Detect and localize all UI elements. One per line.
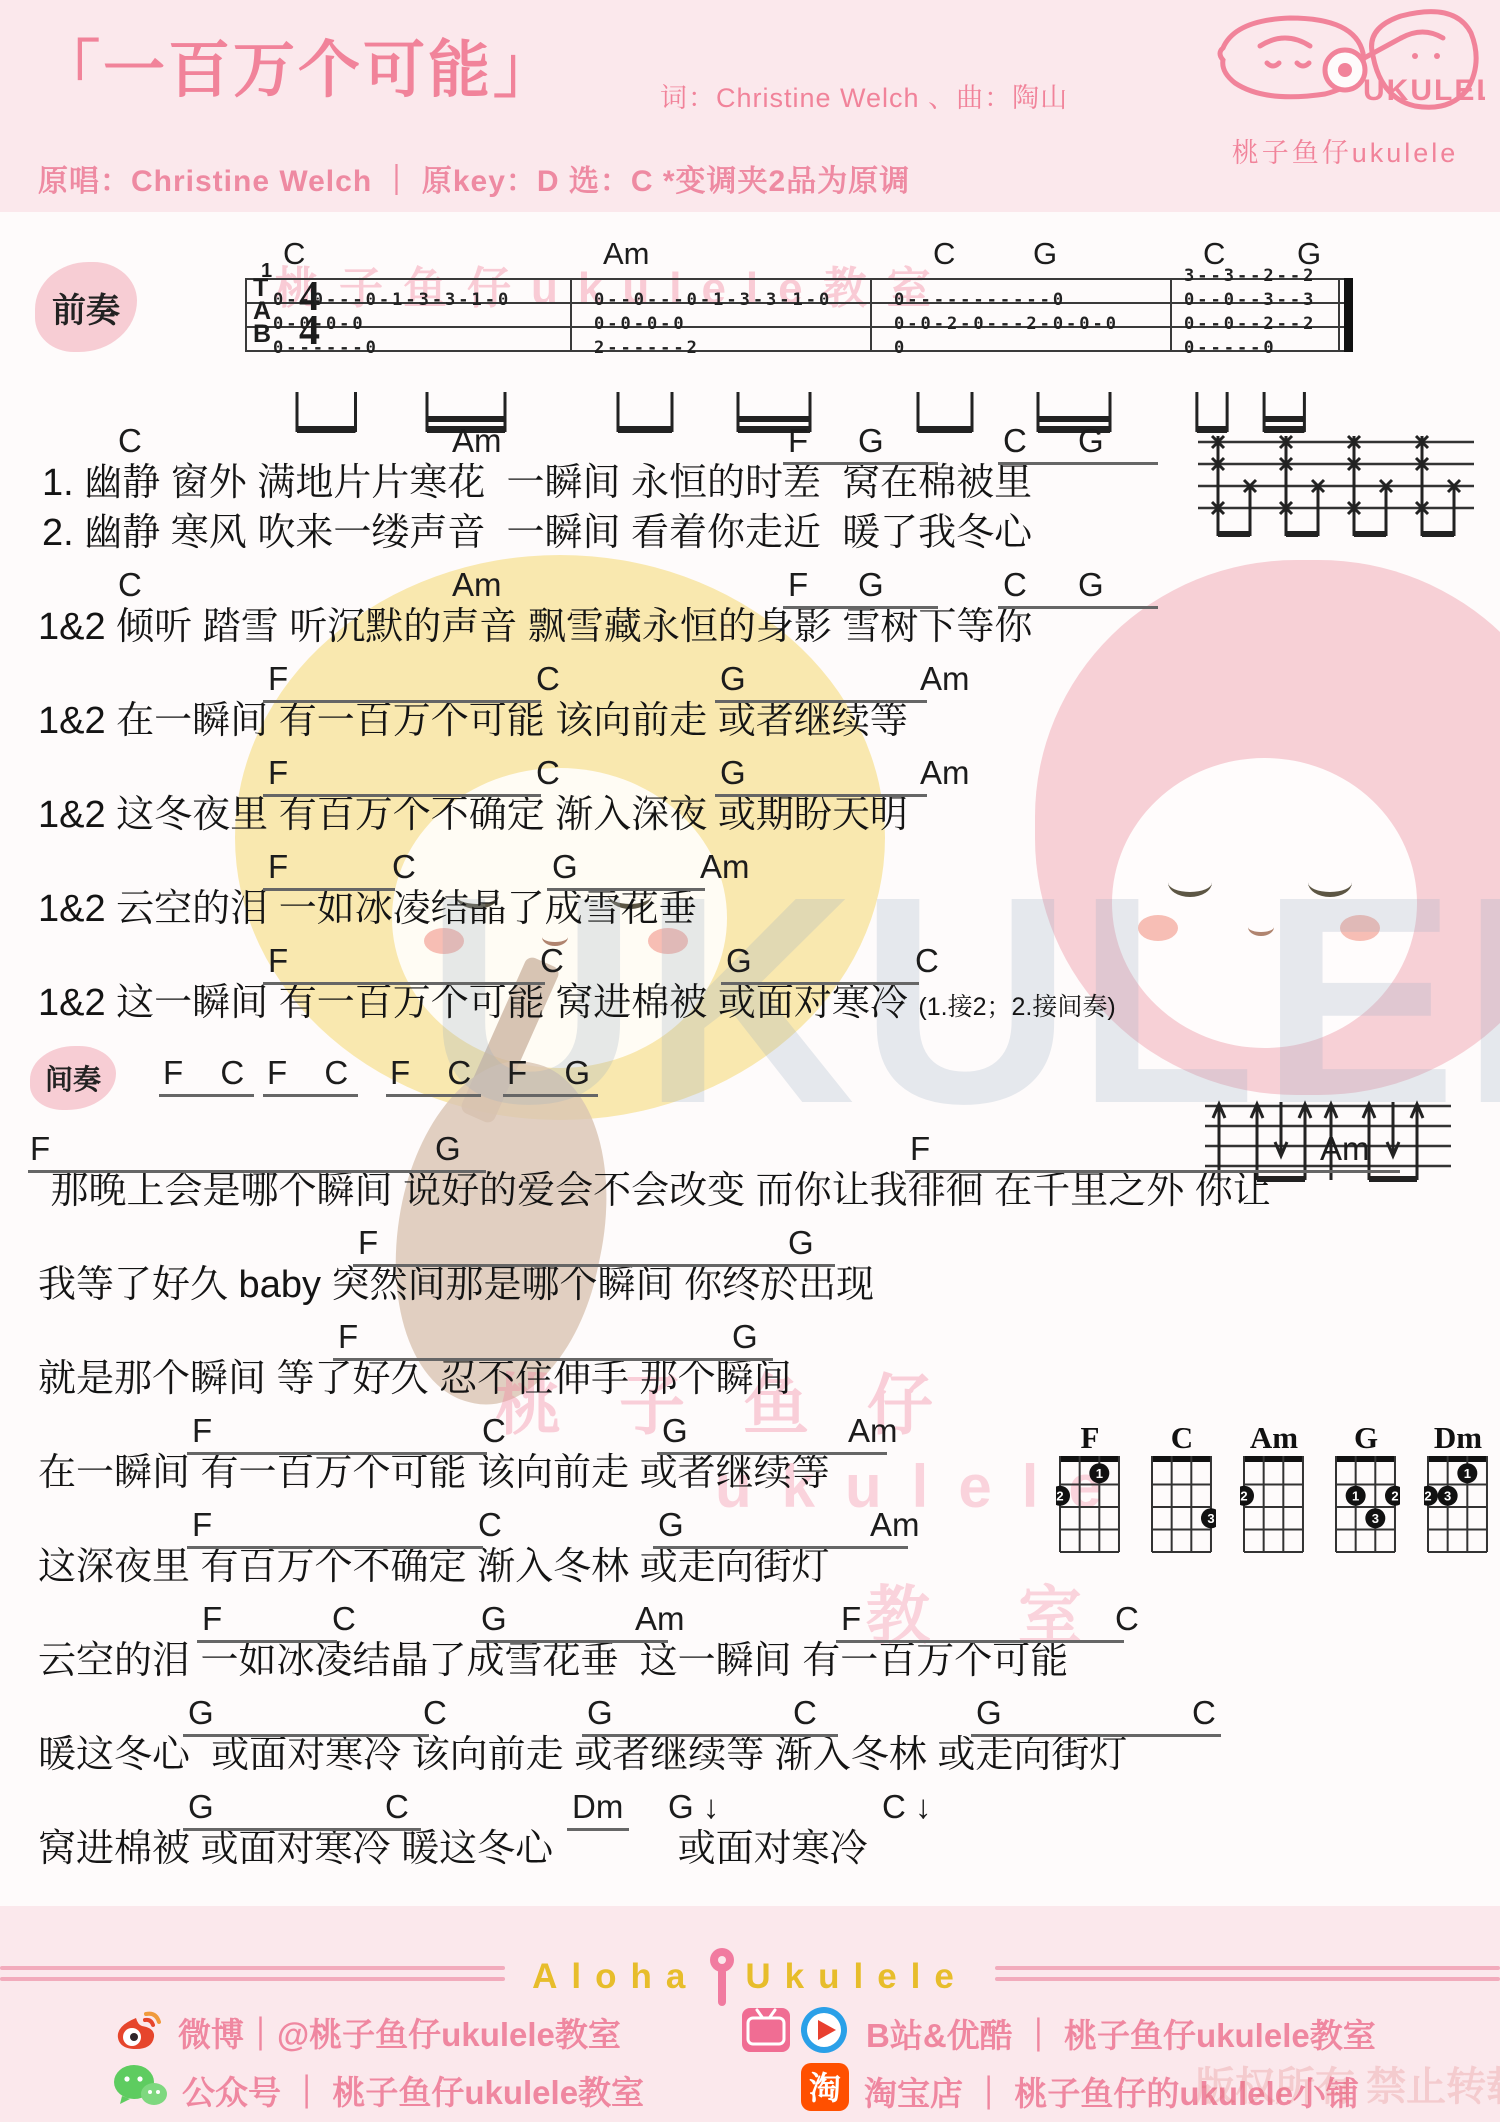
chord-label: F [30,1130,50,1168]
tab-number-row: 0-0-0-0 [594,314,687,334]
chord-underline [998,606,1158,609]
chord-row: FGFAm [0,1126,1500,1166]
chord-label: C [793,1694,817,1732]
social-links: 微博｜@桃子鱼仔ukulele教室B站&优酷 ｜ 桃子鱼仔ukulele教室公众… [0,2000,1500,2122]
chord-label: C [1115,1600,1139,1638]
chord-row: FG [0,1314,1500,1354]
chord-row: CAmFGCG [0,418,1500,458]
chord-label: F [202,1600,222,1638]
final-barline [1344,278,1353,352]
chord-label: G [435,1130,461,1168]
song-line: FG我等了好久 baby 突然间那是哪个瞬间 你终於出现 [0,1220,1500,1310]
chord-underline [333,1358,773,1361]
chord-label: Am [603,236,650,272]
tab-number-row: 0 [894,338,907,358]
chord-row: FCGAm [0,1408,1500,1448]
tab-number-row: 0-----------0 [894,290,1066,310]
chord-underline [183,1734,429,1737]
chord-underline [998,462,1158,465]
song-line: FCGAm在一瞬间 有一百万个可能 该向前走 或者继续等 [0,1408,1500,1498]
chord-label: G [720,660,746,698]
tab-number-row: 0--0---0-1-3-3-1-0 [594,290,832,310]
tab-number-row: 3--3--2--2 [1184,266,1316,286]
tab-number-row: 0-0-0-0 [273,314,366,334]
social-text: B站&优酷 ｜ 桃子鱼仔ukulele教室 [866,2010,1376,2057]
tab-staff: TAB4410--0---0-1-3-3-1-00-0-0-00------00… [245,278,1350,378]
song-line: CAmFGCG1&2 倾听 踏雪 听沉默的声音 飘雪藏永恒的身影 雪树下等你 [0,562,1500,652]
chord-label: F C [390,1054,485,1092]
song-line: FCGAm1&2 云空的泪 一如冰凌结晶了成雪花垂 [0,844,1500,934]
chord-label: G [858,422,884,460]
divider-word: Aloha [532,1957,699,1997]
chord-label: F [358,1224,378,1262]
chord-label: C [385,1788,409,1826]
song-line: FCGAm这深夜里 有百万个不确定 渐入冬林 或走向街灯 [0,1502,1500,1592]
chord-label: F [268,754,288,792]
chord-label: G [552,848,578,886]
tab-measure: 0--0---0-1-3-3-1-00-0-0-02------2 [570,278,870,374]
chord-label: G [858,566,884,604]
taobao-icon: 淘 [800,2062,850,2112]
chord-underline [582,1734,838,1737]
chord-label: Am [452,566,502,604]
chord-row: FCGAmFC [0,1596,1500,1636]
chord-label: Am [700,848,750,886]
chord-label: G [726,942,752,980]
chord-label: Dm [572,1788,623,1826]
social-text: 微博｜@桃子鱼仔ukulele教室 [178,2009,621,2056]
chord-label: F [338,1318,358,1356]
chord-underline [159,1094,254,1097]
chord-underline [263,794,541,797]
chord-label: C [1003,566,1027,604]
chord-underline [905,1170,1400,1173]
chord-label: G [1033,236,1057,272]
tab-measure: 0-----------00-0-2-0---2-0-0-00 [870,278,1170,374]
tab-number-row: 0-----0 [1184,338,1277,358]
lyric-text: 窝进棉被 或面对寒冷 暖这冬心 或面对寒冷 [0,1824,1500,1874]
chord-row: CAmFGCG [0,562,1500,602]
intro-tablature: CAmCGCGTAB4410--0---0-1-3-3-1-00-0-0-00-… [245,236,1355,411]
chord-underline [28,1170,486,1173]
song-line: FCGC1&2 这一瞬间 有一百万个可能 窝进棉被 或面对寒冷 (1.接2；2.… [0,938,1500,1032]
chord-label: C [536,660,560,698]
lyric-text: 1&2 云空的泪 一如冰凌结晶了成雪花垂 [0,884,1500,934]
chord-label: C [392,848,416,886]
chord-label: F [192,1506,212,1544]
song-line: FCGAmFC云空的泪 一如冰凌结晶了成雪花垂 这一瞬间 有一百万个可能 [0,1596,1500,1686]
chord-label: Am [920,660,970,698]
chord-row: GCDmG ↓C ↓ [0,1784,1500,1824]
chord-underline [197,1640,337,1643]
chord-label: F C [163,1054,258,1092]
social-text: 淘宝店 ｜ 桃子鱼仔的ukulele小铺 [864,2068,1359,2115]
tab-number-row: 2------2 [594,338,700,358]
song-line: CAmFGCG1. 幽静 窗外 满地片片寒花 一瞬间 永恒的时差 窝在棉被里2.… [0,418,1500,558]
chord-underline [715,700,927,703]
tab-number-row: 0--0---0-1-3-3-1-0 [273,290,511,310]
chord-underline [715,794,927,797]
lyric-text: 1&2 这一瞬间 有一百万个可能 窝进棉被 或面对寒冷 (1.接2；2.接间奏) [0,978,1500,1032]
chord-label: C [540,942,564,980]
chord-label: G [481,1600,507,1638]
lyric-text: 我等了好久 baby 突然间那是哪个瞬间 你终於出现 [0,1260,1500,1310]
social-item: 公众号 ｜ 桃子鱼仔ukulele教室 [112,2062,644,2118]
chord-underline [353,1264,835,1267]
chord-label: G [1078,422,1104,460]
chord-underline [836,1640,1124,1643]
chord-label: G [587,1694,613,1732]
chord-label: G [720,754,746,792]
chord-underline [386,1094,481,1097]
chord-label: C [423,1694,447,1732]
lyric-text: 1&2 在一瞬间 有一百万个可能 该向前走 或者继续等 [0,696,1500,746]
chord-label: G [976,1694,1002,1732]
chord-label: F [788,422,808,460]
chord-underline [503,1094,598,1097]
tab-number-row: 0------0 [273,338,379,358]
chord-underline [263,1094,358,1097]
divider-line [995,1966,1500,1988]
song-line: FG就是那个瞬间 等了好久 忍不住伸手 那个瞬间 [0,1314,1500,1404]
song-line: GCGCGC暖这冬心 或面对寒冷 该向前走 或者继续等 渐入冬林 或走向街灯 [0,1690,1500,1780]
chord-label: C ↓ [882,1788,932,1826]
lyric-text: 在一瞬间 有一百万个可能 该向前走 或者继续等 [0,1448,1500,1498]
chord-row: GCGCGC [0,1690,1500,1730]
chord-label: Am [848,1412,898,1450]
chord-label: C [478,1506,502,1544]
chord-underline [263,700,541,703]
page-title: 「一百万个可能」 [38,20,558,109]
lyrics-area: CAmFGCG1. 幽静 窗外 满地片片寒花 一瞬间 永恒的时差 窝在棉被里2.… [0,418,1500,1878]
chord-underline [971,1734,1221,1737]
tab-number-row: 0--0--2--2 [1184,314,1316,334]
chord-label: Am [920,754,970,792]
chord-underline [263,982,545,985]
studio-logo: UKULELE 桃子鱼仔ukulele [1200,8,1490,170]
song-line: FCGAm1&2 这冬夜里 有百万个不确定 渐入深夜 或期盼天明 [0,750,1500,840]
chord-underline [183,1828,421,1831]
logo-caption: 桃子鱼仔ukulele [1200,131,1490,170]
chord-label: G [1078,566,1104,604]
social-item: B站&优酷 ｜ 桃子鱼仔ukulele教室 [742,2004,1376,2062]
tab-measure: 3--3--2--20--0--3--30--0--2--20-----0 [1170,278,1338,374]
chord-label: F G [507,1054,604,1092]
chord-label: F [268,848,288,886]
lyric-text: 那晚上会是哪个瞬间 说好的爱会不会改变 而你让我徘徊 在千里之外 你让 [0,1166,1500,1216]
chord-label: F [268,942,288,980]
lyric-text: 1&2 这冬夜里 有百万个不确定 渐入深夜 或期盼天明 [0,790,1500,840]
chord-underline [567,1828,629,1831]
chord-row: FCGC [0,938,1500,978]
chord-underline [263,888,395,891]
chord-label: G [788,1224,814,1262]
chord-label: F [841,1600,861,1638]
wechat-icon [112,2062,168,2110]
chord-label: G [732,1318,758,1356]
logo-wordmark: UKULELE [1363,74,1485,107]
chord-label: F C [267,1054,362,1092]
chord-label: G [188,1694,214,1732]
tab-measure: 0--0---0-1-3-3-1-00-0-0-00------0 [245,278,570,374]
chord-label: Am [635,1600,685,1638]
logo-mascots-icon: UKULELE [1205,8,1485,126]
chord-row: FCGAm [0,844,1500,884]
songwriter-credits: 词：Christine Welch 、曲：陶山 [660,76,1068,115]
chord-underline [783,606,938,609]
chord-underline [187,1546,483,1549]
song-line: FCGAm1&2 在一瞬间 有一百万个可能 该向前走 或者继续等 [0,656,1500,746]
weibo-icon [112,2004,164,2052]
chord-underline [653,1546,908,1549]
chord-label: G [188,1788,214,1826]
divider-line [0,1966,505,1988]
chord-label: Am [452,422,502,460]
chord-label: C [332,1600,356,1638]
chord-label: F [788,566,808,604]
chord-label: C [118,566,142,604]
social-item: 淘淘宝店 ｜ 桃子鱼仔的ukulele小铺 [800,2062,1359,2120]
chord-label: C [933,236,955,272]
lyric-text: 云空的泪 一如冰凌结晶了成雪花垂 这一瞬间 有一百万个可能 [0,1636,1500,1686]
chord-label: C [283,236,305,272]
svg-text:淘: 淘 [809,2070,841,2106]
chord-label: F [910,1130,930,1168]
chord-label: G ↓ [668,1788,719,1826]
social-text: 公众号 ｜ 桃子鱼仔ukulele教室 [182,2067,644,2114]
chord-label: C [1192,1694,1216,1732]
chord-underline [783,462,938,465]
lyric-text: 1. 幽静 窗外 满地片片寒花 一瞬间 永恒的时差 窝在棉被里 [0,458,1500,508]
social-item: 微博｜@桃子鱼仔ukulele教室 [112,2004,621,2060]
lyric-text: 1&2 倾听 踏雪 听沉默的声音 飘雪藏永恒的身影 雪树下等你 [0,602,1500,652]
chord-label: Am [870,1506,920,1544]
chord-label: C [1003,422,1027,460]
chord-underline [721,982,919,985]
tab-number-row: 0--0--3--3 [1184,290,1316,310]
chord-label: C [118,422,142,460]
bilibili-youku-icon [742,2004,852,2054]
chord-row: FCGAm [0,1502,1500,1542]
chord-row: FCGAm [0,750,1500,790]
interlude-row: 间奏F CF CF CF G [0,1036,1500,1122]
chord-label: C [482,1412,506,1450]
key-info-line: 原唱：Christine Welch ｜ 原key：D 选：C *变调夹2品为原… [38,156,910,200]
lyric-text: 就是那个瞬间 等了好久 忍不住伸手 那个瞬间 [0,1354,1500,1404]
chord-underline [476,1640,668,1643]
chord-row: FCGAm [0,656,1500,696]
lyric-text: 暖这冬心 或面对寒冷 该向前走 或者继续等 渐入冬林 或走向街灯 [0,1730,1500,1780]
chord-underline [657,1452,887,1455]
tab-number-row: 0-0-2-0---2-0-0-0 [894,314,1119,334]
song-line: FGFAm 那晚上会是哪个瞬间 说好的爱会不会改变 而你让我徘徊 在千里之外 你… [0,1126,1500,1216]
chord-label: G [658,1506,684,1544]
chord-label: F [192,1412,212,1450]
chord-label: Am [1320,1130,1370,1168]
repeat-note: (1.接2；2.接间奏) [918,993,1115,1021]
lyric-text: 2. 幽静 寒风 吹来一缕声音 一瞬间 看着你走近 暖了我冬心 [0,508,1500,558]
chord-label: C [536,754,560,792]
divider-word: Ukulele [745,1957,968,1997]
lyric-text: 这深夜里 有百万个不确定 渐入冬林 或走向街灯 [0,1542,1500,1592]
ukulele-chord-sheet: 桃子鱼仔ukulele教室 UKULELE 桃子鱼仔 ukulele 教室 版权… [0,0,1500,2122]
intro-label-bubble: 前奏 [35,262,137,352]
final-barline [1338,278,1340,352]
chord-label: C [915,942,939,980]
chord-underline [187,1452,487,1455]
chord-label: F [268,660,288,698]
chord-underline [547,888,705,891]
song-line: GCDmG ↓C ↓窝进棉被 或面对寒冷 暖这冬心 或面对寒冷 [0,1784,1500,1874]
chord-label: G [662,1412,688,1450]
interlude-chords: F CF CF CF G [0,1050,1500,1090]
chord-row: FG [0,1220,1500,1260]
